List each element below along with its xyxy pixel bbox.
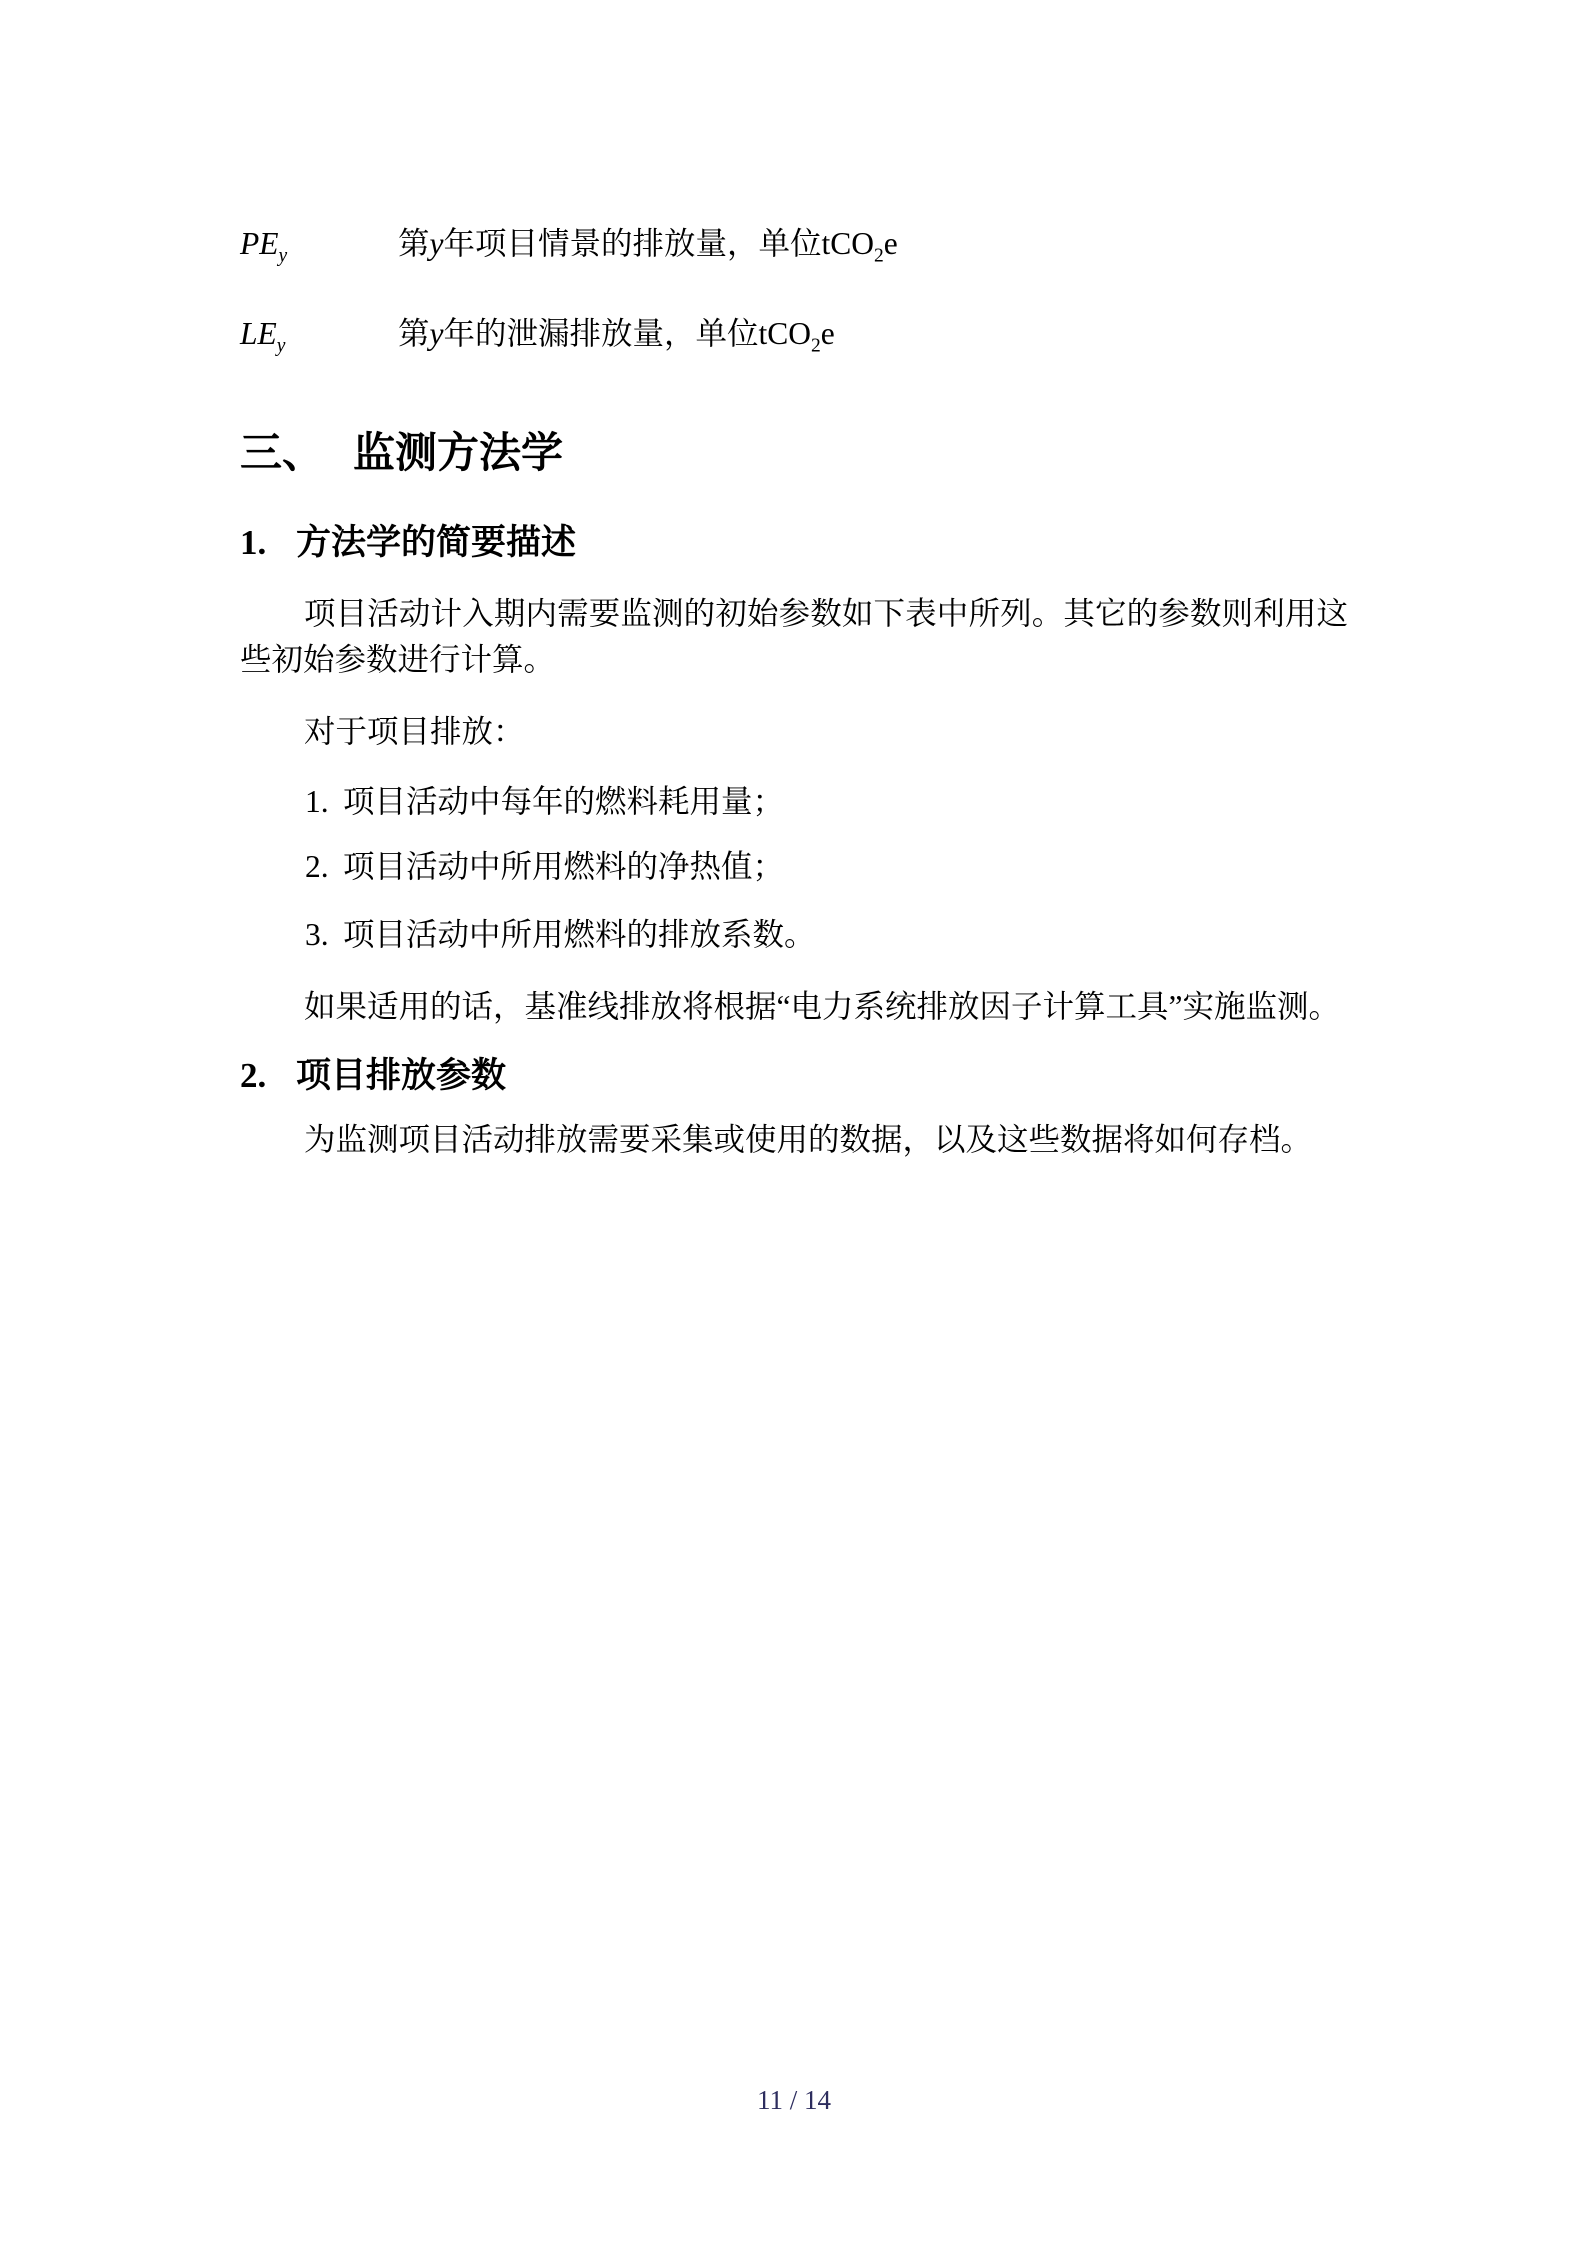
- definition-desc-variable: y: [430, 316, 444, 351]
- definition-desc-variable: y: [430, 226, 444, 261]
- section-number: 三、: [240, 425, 353, 481]
- definition-row: PEy 第y年项目情景的排放量，单位tCO2e: [240, 221, 1348, 267]
- definition-term: LEy: [240, 311, 398, 357]
- subsection-heading-1: 1.方法学的简要描述: [240, 519, 1348, 567]
- paragraph-baseline: 如果适用的话，基准线排放将根据“电力系统排放因子计算工具”实施监测。: [240, 984, 1348, 1030]
- definition-term: PEy: [240, 221, 398, 267]
- page-content: PEy 第y年项目情景的排放量，单位tCO2e LEy 第y年的泄漏排放量，单位…: [240, 0, 1348, 1163]
- unit-tail: e: [821, 316, 835, 351]
- section-title: 监测方法学: [353, 429, 563, 476]
- page-footer: 11 / 14: [0, 2083, 1588, 2117]
- section-heading: 三、监测方法学: [240, 425, 1348, 482]
- definition-desc-mid: 年的泄漏排放量，单位tCO: [444, 316, 812, 351]
- paragraph-monitoring-data: 为监测项目活动排放需要采集或使用的数据，以及这些数据将如何存档。: [240, 1117, 1348, 1163]
- list-item-number: 1.: [305, 779, 329, 825]
- list-item-text: 项目活动中每年的燃料耗用量；: [343, 784, 784, 819]
- definition-symbol: PE: [240, 226, 278, 261]
- list-item: 2.项目活动中所用燃料的净热值；: [240, 844, 1348, 890]
- list-item: 1.项目活动中每年的燃料耗用量；: [240, 779, 1348, 825]
- definition-description: 第y年的泄漏排放量，单位tCO2e: [398, 311, 835, 357]
- definition-row: LEy 第y年的泄漏排放量，单位tCO2e: [240, 311, 1348, 357]
- paragraph-emissions-lead: 对于项目排放：: [240, 709, 1348, 755]
- list-item-text: 项目活动中所用燃料的排放系数。: [343, 917, 816, 952]
- subsection-title: 项目排放参数: [296, 1056, 506, 1095]
- list-item: 3.项目活动中所用燃料的排放系数。: [240, 912, 1348, 958]
- definition-desc-mid: 年项目情景的排放量，单位tCO: [444, 226, 875, 261]
- document-page: PEy 第y年项目情景的排放量，单位tCO2e LEy 第y年的泄漏排放量，单位…: [0, 0, 1588, 2245]
- definition-symbol-subscript: y: [278, 245, 287, 266]
- monitored-params-list: 1.项目活动中每年的燃料耗用量； 2.项目活动中所用燃料的净热值； 3.项目活动…: [240, 779, 1348, 958]
- subsection-title: 方法学的简要描述: [296, 523, 576, 562]
- list-item-number: 3.: [305, 912, 329, 958]
- subsection-number: 1.: [240, 519, 296, 567]
- unit-subscript: 2: [874, 245, 884, 266]
- definition-symbol: LE: [240, 316, 277, 351]
- definition-symbol-subscript: y: [277, 335, 286, 356]
- unit-tail: e: [884, 226, 898, 261]
- paragraph-intro: 项目活动计入期内需要监测的初始参数如下表中所列。其它的参数则利用这些初始参数进行…: [240, 591, 1348, 683]
- page-number: 11 / 14: [757, 2085, 831, 2115]
- subsection-number: 2.: [240, 1052, 296, 1100]
- subsection-heading-2: 2.项目排放参数: [240, 1052, 1348, 1100]
- list-item-text: 项目活动中所用燃料的净热值；: [343, 849, 784, 884]
- unit-subscript: 2: [811, 335, 821, 356]
- definition-desc-pre: 第: [398, 316, 430, 351]
- definition-description: 第y年项目情景的排放量，单位tCO2e: [398, 221, 898, 267]
- definition-desc-pre: 第: [398, 226, 430, 261]
- list-item-number: 2.: [305, 844, 329, 890]
